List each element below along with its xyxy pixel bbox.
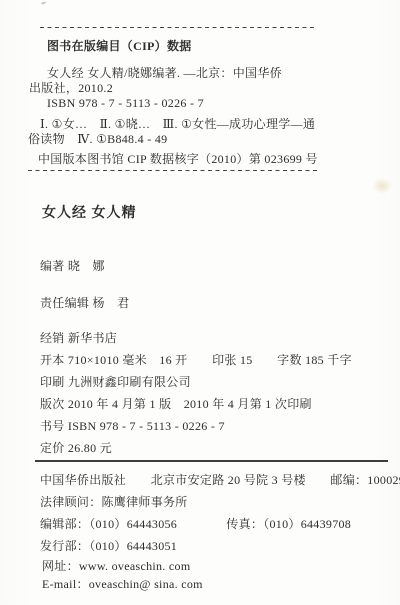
legal-counsel-line: 法律顾问：陈鹰律师事务所 <box>40 495 188 509</box>
website-line: 网址：www. oveaschin. com <box>42 559 190 573</box>
book-title: 女人经 女人精 <box>42 207 137 221</box>
colophon-isbn-line: 书号 ISBN 978 - 7 - 5113 - 0226 - 7 <box>40 419 225 433</box>
cip-record-line: 中国版本图书馆 CIP 数据核字（2010）第 023699 号 <box>38 152 318 166</box>
colophon-price-line: 定价 26.80 元 <box>40 441 112 455</box>
bottom-solid-rule <box>35 460 388 462</box>
email-line: E-mail：oveaschin@ sina. com <box>42 577 203 591</box>
publisher-address-line: 中国华侨出版社 北京市安定路 20 号院 3 号楼 邮编：100029 <box>40 473 400 487</box>
editorial-dept-line: 编辑部：（010）64443056 传真：（010）64439708 <box>40 517 351 531</box>
book-copyright-page: 图书在版编目（CIP）数据 女人经 女人精/晓娜编著. —北京：中国华侨 出版社… <box>0 0 400 605</box>
cip-entry-line2: 出版社，2010.2 <box>29 81 113 95</box>
cip-entry-line1: 女人经 女人精/晓娜编著. —北京：中国华侨 <box>47 66 282 80</box>
cip-isbn-line: ISBN 978 - 7 - 5113 - 0226 - 7 <box>47 96 204 110</box>
top-dashed-rule <box>40 27 316 29</box>
colophon-distributor-line: 经销 新华书店 <box>40 331 117 345</box>
responsible-editor-line: 责任编辑 杨 君 <box>40 296 129 310</box>
colophon-printer-line: 印刷 九洲财鑫印刷有限公司 <box>40 375 191 389</box>
editor-line: 编著 晓 娜 <box>40 259 105 273</box>
scan-speck <box>41 1 46 4</box>
colophon-format-line: 开本 710×1010 毫米 16 开 印张 15 字数 185 千字 <box>40 353 352 367</box>
middle-dashed-rule <box>28 170 318 172</box>
distribution-dept-line: 发行部：（010）64443051 <box>40 539 177 553</box>
cip-heading: 图书在版编目（CIP）数据 <box>47 39 192 53</box>
colophon-edition-line: 版次 2010 年 4 月第 1 版 2010 年 4 月第 1 次印刷 <box>40 397 312 411</box>
cip-class-line1: Ⅰ. ①女… Ⅱ. ①晓… Ⅲ. ①女性—成功心理学—通 <box>40 117 315 131</box>
cip-class-line2: 俗读物 Ⅳ. ①B848.4 - 49 <box>28 132 167 146</box>
paper-stain <box>372 178 392 194</box>
